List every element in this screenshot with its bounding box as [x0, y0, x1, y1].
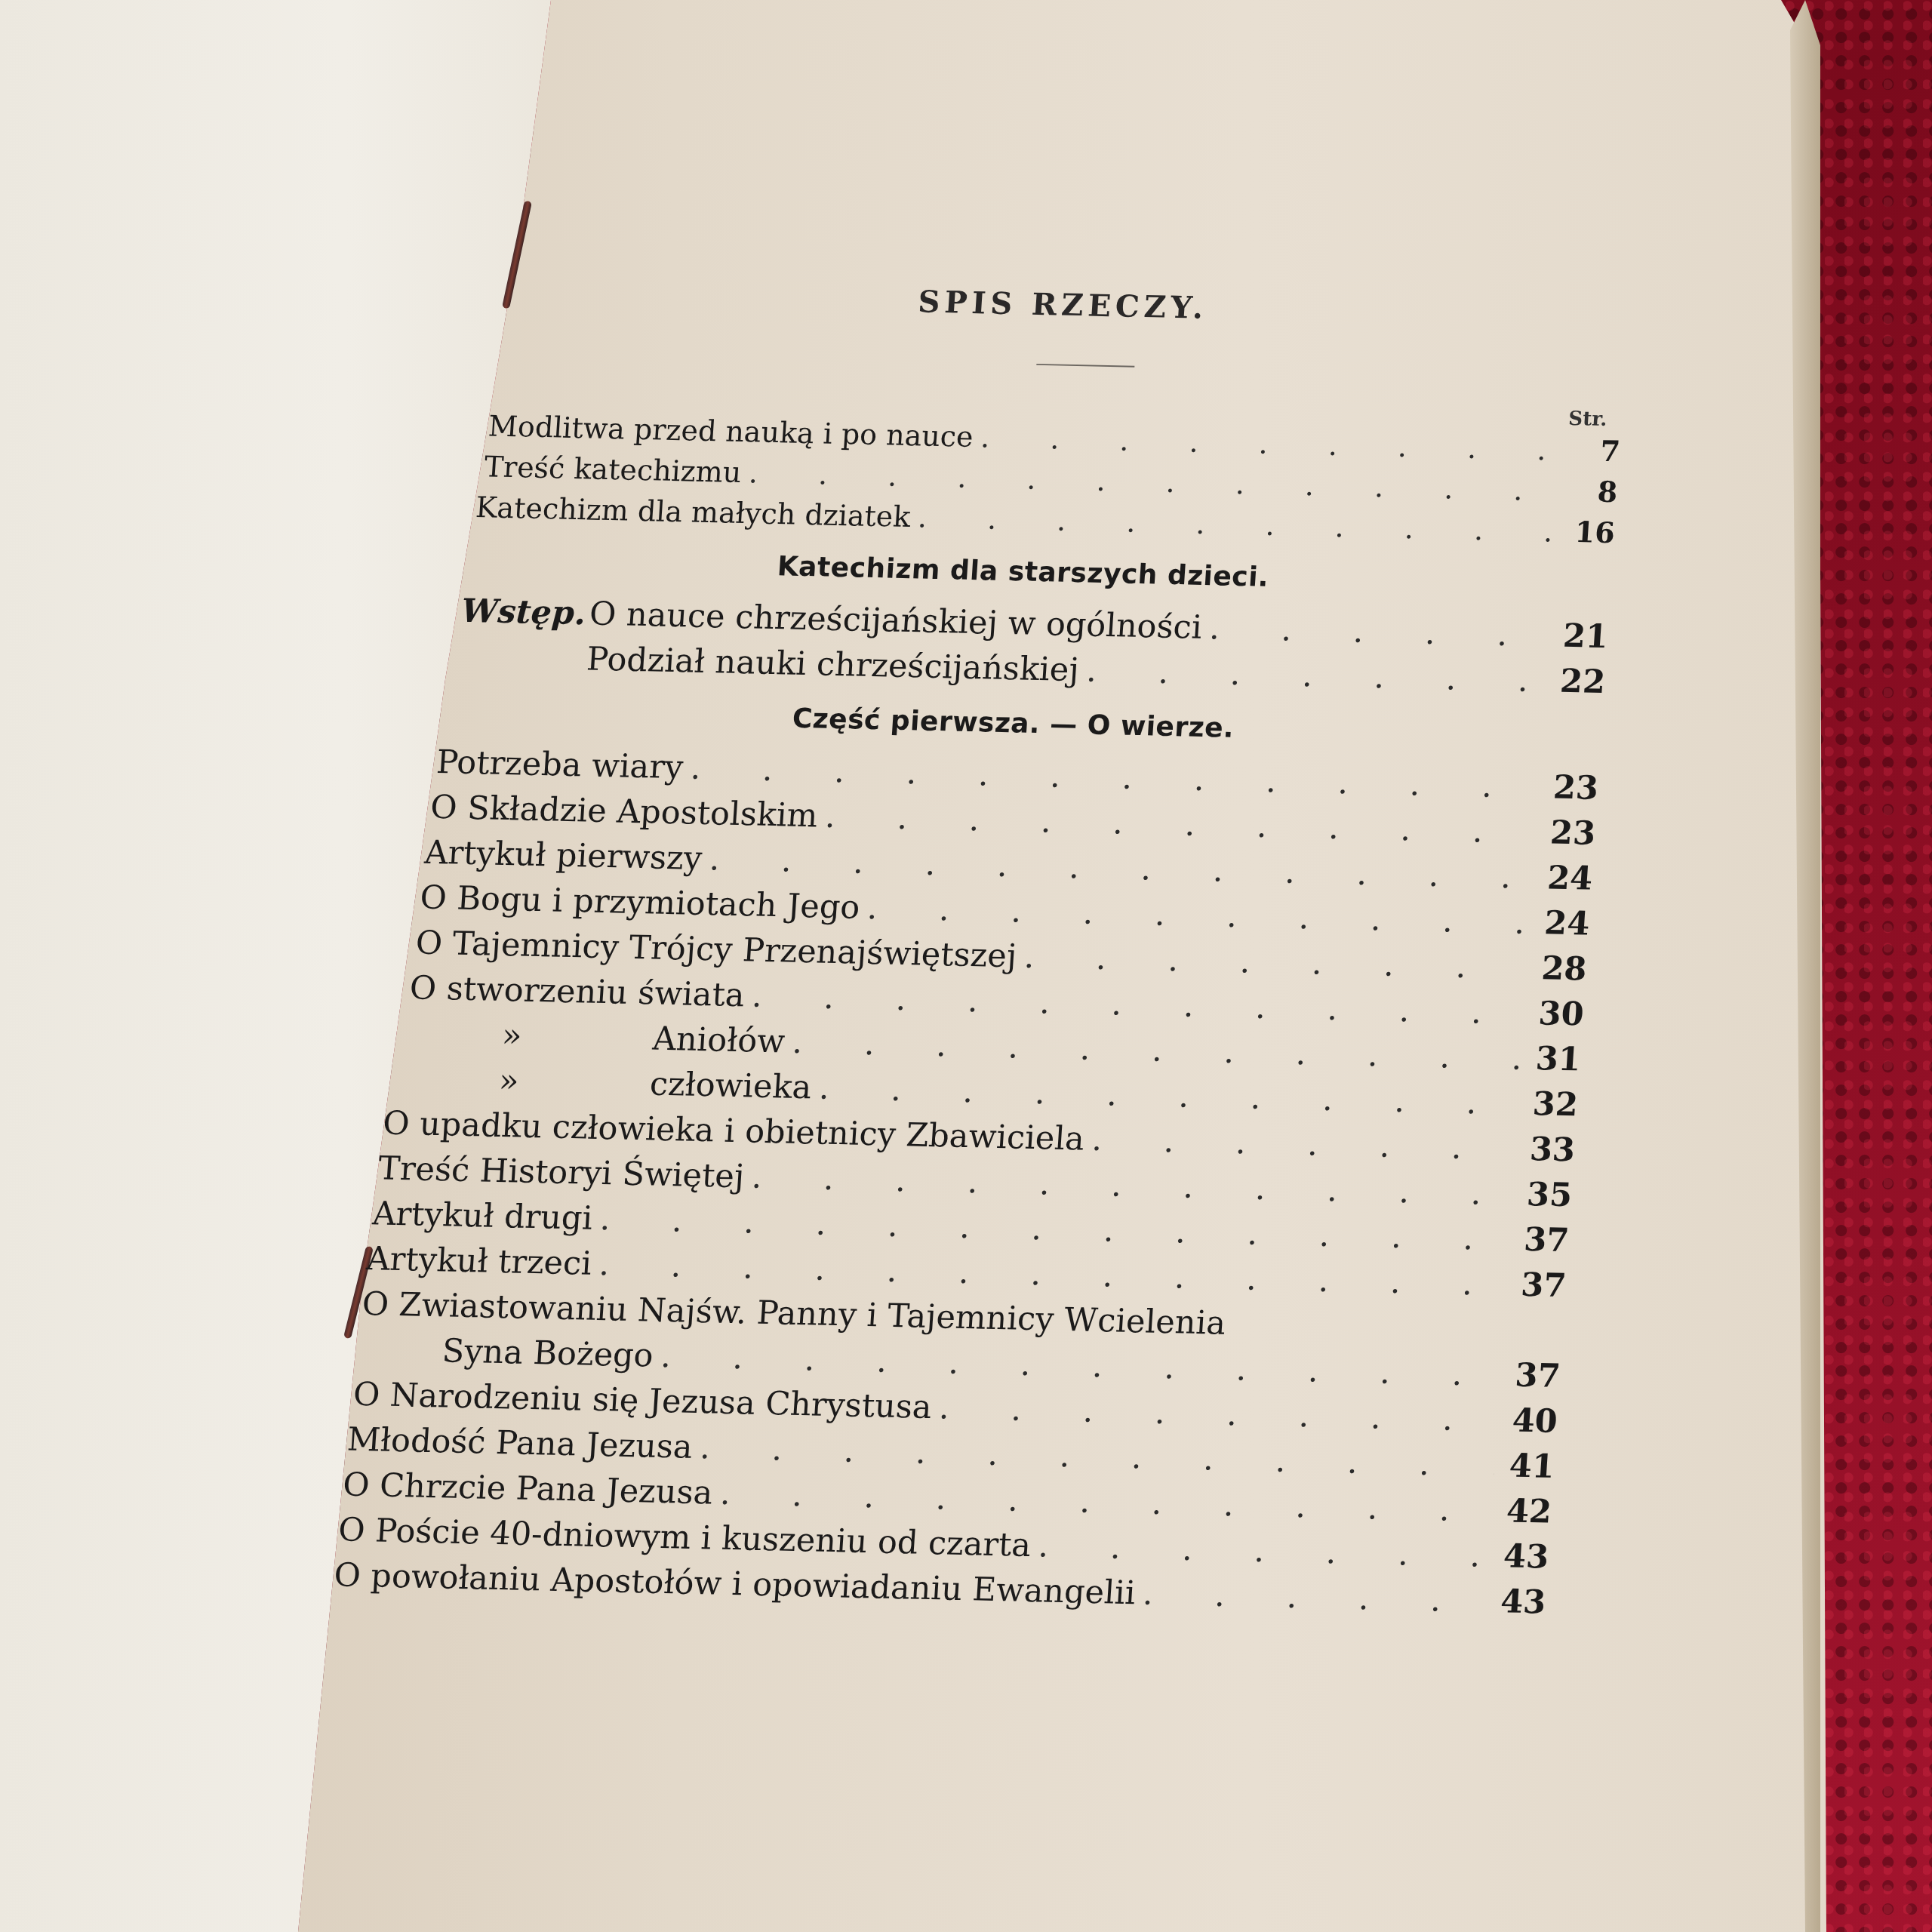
entry-page: 37 [1515, 1217, 1571, 1264]
entry-page: 32 [1524, 1081, 1580, 1128]
entry-page: 31 [1527, 1036, 1583, 1083]
entry-page: 16 [1561, 512, 1616, 554]
leader-dots [1085, 648, 1546, 704]
leader-dots [1141, 1571, 1487, 1624]
entry-label: Potrzeba wiary [435, 740, 685, 790]
entry-label: Artykuł drugi [371, 1191, 594, 1241]
ditto-mark: » [399, 1056, 651, 1106]
entry-page: 43 [1494, 1534, 1550, 1580]
entry-label: Aniołów [651, 1020, 786, 1061]
entry-page: 28 [1533, 946, 1589, 992]
entry-label: Młodość Pana Jezusa [346, 1417, 694, 1470]
entry-page: 43 [1491, 1579, 1547, 1626]
entry-prefix: Wstęp. [460, 589, 591, 637]
table-of-contents: SPIS RZECZY. Str. Modlitwa przed nauką i… [368, 273, 1630, 1625]
entry-label: Treść Historyi Świętej [377, 1146, 746, 1199]
entry-page [1225, 1334, 1278, 1336]
entry-page: 40 [1503, 1398, 1559, 1444]
entry-page: 24 [1538, 855, 1594, 902]
entry-page: 41 [1500, 1443, 1556, 1490]
entry-page: 30 [1530, 991, 1586, 1038]
entry-page: 8 [1564, 471, 1619, 513]
entry-label: Treść katechizmu [483, 446, 743, 493]
title-divider [1036, 364, 1134, 368]
leader-dots [1208, 605, 1549, 658]
entry-label: człowieka [649, 1066, 813, 1107]
entry-label: Syna Bożego [441, 1328, 655, 1378]
entry-page: 21 [1554, 614, 1610, 660]
entry-page: 42 [1497, 1488, 1553, 1535]
entry-label: O stworzeniu świata [408, 965, 746, 1018]
entry-page: 23 [1544, 764, 1600, 811]
entry-page: 35 [1518, 1172, 1574, 1219]
entry-page: 7 [1566, 430, 1621, 472]
entry-label: Artykuł pierwszy [423, 830, 703, 881]
entry-label: Artykuł trzeci [365, 1236, 593, 1287]
entry-label: O Chrzcie Pana Jezusa [341, 1462, 714, 1515]
entry-page: 22 [1551, 659, 1607, 706]
entry-page: 33 [1521, 1127, 1577, 1174]
entry-page: 37 [1506, 1352, 1562, 1399]
entry-page: 23 [1541, 810, 1597, 857]
entry-page: 37 [1512, 1263, 1567, 1309]
ditto-mark: » [402, 1011, 654, 1061]
entry-page: 24 [1535, 900, 1591, 947]
